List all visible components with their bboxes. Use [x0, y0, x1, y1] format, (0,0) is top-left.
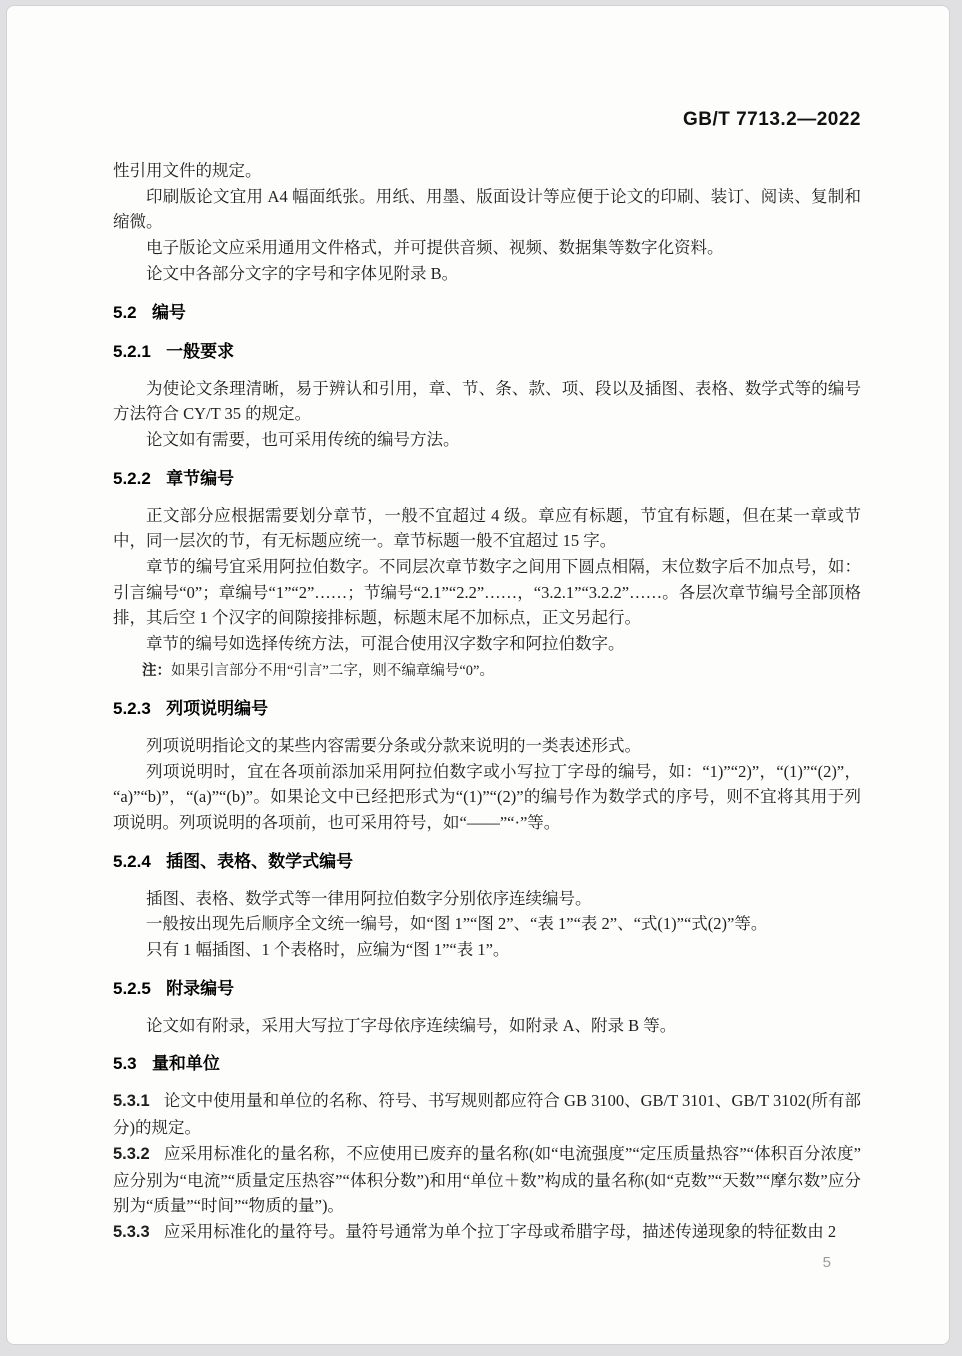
paragraph-5-2-4-2: 一般按出现先后顺序全文统一编号，如“图 1”“图 2”、“表 1”“表 2”、“… — [113, 911, 861, 937]
standard-number-header: GB/T 7713.2—2022 — [113, 109, 861, 131]
standard-number: GB/T 7713.2—2022 — [683, 109, 861, 130]
clause-number: 5.3.1 — [113, 1092, 150, 1110]
section-heading-5-3: 5.3量和单位 — [113, 1051, 861, 1077]
paragraph-5-2-3-2: 列项说明时，宜在各项前添加采用阿拉伯数字或小写拉丁字母的编号，如：“1)”“2)… — [113, 759, 861, 836]
paragraph-continued: 性引用文件的规定。 — [113, 158, 861, 184]
clause-text: 应采用标准化的量名称，不应使用已废弃的量名称(如“电流强度”“定压质量热容”“体… — [113, 1144, 861, 1215]
section-number: 5.2 — [113, 303, 137, 322]
clause-number: 5.3.3 — [113, 1223, 150, 1241]
paragraph-5-2-4-1: 插图、表格、数学式等一律用阿拉伯数字分别依序连续编号。 — [113, 886, 861, 912]
section-title: 编号 — [152, 303, 186, 322]
document-page: GB/T 7713.2—2022 性引用文件的规定。 印刷版论文宜用 A4 幅面… — [6, 5, 950, 1345]
note-text: 如果引言部分不用“引言”二字，则不编章编号“0”。 — [171, 663, 494, 679]
section-number: 5.2.3 — [113, 699, 151, 718]
paragraph-5-2-5-1: 论文如有附录，采用大写拉丁字母依序连续编号，如附录 A、附录 B 等。 — [113, 1013, 861, 1039]
section-title: 列项说明编号 — [166, 699, 268, 718]
paragraph-5-2-2-3: 章节的编号如选择传统方法，可混合使用汉字数字和阿拉伯数字。 — [113, 631, 861, 657]
note-label: 注： — [142, 663, 171, 679]
section-title: 插图、表格、数学式编号 — [166, 852, 353, 871]
section-number: 5.2.2 — [113, 469, 151, 488]
paragraph-5-2-1-1: 为使论文条理清晰，易于辨认和引用，章、节、条、款、项、段以及插图、表格、数学式等… — [113, 376, 861, 427]
clause-5-3-3: 5.3.3应采用标准化的量符号。量符号通常为单个拉丁字母或希腊字母，描述传递现象… — [113, 1219, 861, 1246]
section-heading-5-2-4: 5.2.4插图、表格、数学式编号 — [113, 849, 861, 875]
section-heading-5-2-1: 5.2.1一般要求 — [113, 339, 861, 365]
section-heading-5-2: 5.2编号 — [113, 300, 861, 326]
clause-5-3-2: 5.3.2应采用标准化的量名称，不应使用已废弃的量名称(如“电流强度”“定压质量… — [113, 1141, 861, 1219]
section-number: 5.2.5 — [113, 979, 151, 998]
paragraph-font-appendix: 论文中各部分文字的字号和字体见附录 B。 — [113, 261, 861, 287]
paragraph-print-version: 印刷版论文宜用 A4 幅面纸张。用纸、用墨、版面设计等应便于论文的印刷、装订、阅… — [113, 184, 861, 235]
paragraph-5-2-3-1: 列项说明指论文的某些内容需要分条或分款来说明的一类表述形式。 — [113, 733, 861, 759]
clause-5-3-1: 5.3.1论文中使用量和单位的名称、符号、书写规则都应符合 GB 3100、GB… — [113, 1088, 861, 1140]
paragraph-5-2-1-2: 论文如有需要，也可采用传统的编号方法。 — [113, 427, 861, 453]
note-5-2-2: 注：如果引言部分不用“引言”二字，则不编章编号“0”。 — [113, 659, 861, 683]
section-number: 5.3 — [113, 1054, 137, 1073]
clause-text: 应采用标准化的量符号。量符号通常为单个拉丁字母或希腊字母，描述传递现象的特征数由… — [164, 1222, 836, 1241]
section-title: 章节编号 — [166, 469, 234, 488]
clause-number: 5.3.2 — [113, 1145, 150, 1163]
section-title: 量和单位 — [152, 1054, 220, 1073]
paragraph-5-2-2-1: 正文部分应根据需要划分章节，一般不宜超过 4 级。章应有标题，节宜有标题，但在某… — [113, 503, 861, 554]
section-number: 5.2.4 — [113, 852, 151, 871]
section-title: 附录编号 — [166, 979, 234, 998]
section-title: 一般要求 — [166, 342, 234, 361]
section-number: 5.2.1 — [113, 342, 151, 361]
section-heading-5-2-5: 5.2.5附录编号 — [113, 976, 861, 1002]
paragraph-5-2-2-2: 章节的编号宜采用阿拉伯数字。不同层次章节数字之间用下圆点相隔，末位数字后不加点号… — [113, 554, 861, 631]
section-heading-5-2-3: 5.2.3列项说明编号 — [113, 696, 861, 722]
clause-text: 论文中使用量和单位的名称、符号、书写规则都应符合 GB 3100、GB/T 31… — [113, 1091, 861, 1137]
page-number: 5 — [113, 1253, 861, 1273]
paragraph-electronic-version: 电子版论文应采用通用文件格式，并可提供音频、视频、数据集等数字化资料。 — [113, 235, 861, 261]
document-content: GB/T 7713.2—2022 性引用文件的规定。 印刷版论文宜用 A4 幅面… — [113, 6, 861, 1273]
section-heading-5-2-2: 5.2.2章节编号 — [113, 466, 861, 492]
paragraph-5-2-4-3: 只有 1 幅插图、1 个表格时，应编为“图 1”“表 1”。 — [113, 937, 861, 963]
